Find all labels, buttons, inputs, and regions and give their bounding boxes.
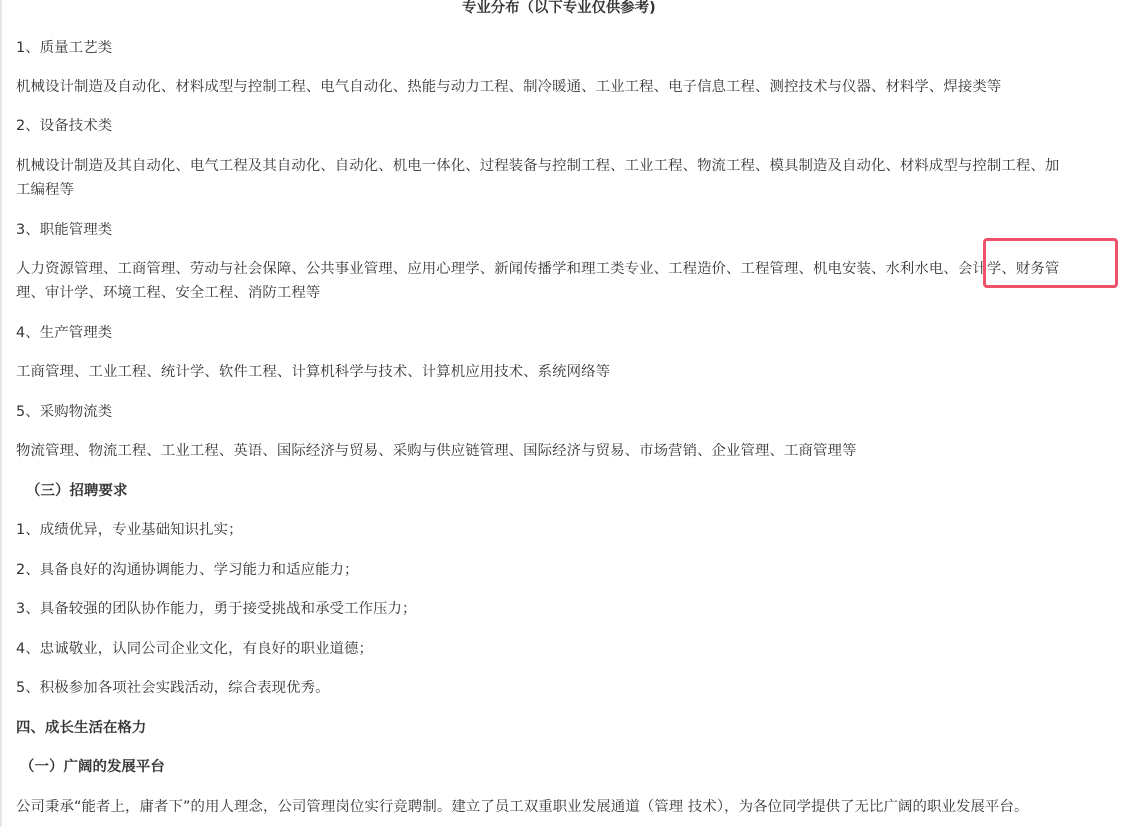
category-heading-equipment: 2、设备技术类 xyxy=(16,114,112,138)
category-majors-functional-line1: 人力资源管理、工商管理、劳动与社会保障、公共事业管理、应用心理学、新闻传播学和理… xyxy=(16,257,1059,281)
requirement-item: 2、具备良好的沟通协调能力、学习能力和适应能力； xyxy=(16,558,359,582)
requirement-item: 5、积极参加各项社会实践活动，综合表现优秀。 xyxy=(16,676,330,700)
highlight-box xyxy=(983,238,1118,288)
section4-paragraph: 公司秉承“能者上，庸者下”的用人理念，公司管理岗位实行竞聘制。建立了员工双重职业… xyxy=(16,795,1028,819)
category-heading-production: 4、生产管理类 xyxy=(16,321,112,345)
requirement-item: 3、具备较强的团队协作能力，勇于接受挑战和承受工作压力； xyxy=(16,597,417,621)
category-majors-equipment-line1: 机械设计制造及其自动化、电气工程及其自动化、自动化、机电一体化、过程装备与控制工… xyxy=(16,154,1059,178)
category-majors-functional-line2: 理、审计学、环境工程、安全工程、消防工程等 xyxy=(16,281,320,305)
category-heading-quality: 1、质量工艺类 xyxy=(16,36,112,60)
category-heading-procurement: 5、采购物流类 xyxy=(16,400,112,424)
category-majors-production: 工商管理、工业工程、统计学、软件工程、计算机科学与技术、计算机应用技术、系统网络… xyxy=(16,360,610,384)
category-majors-procurement: 物流管理、物流工程、工业工程、英语、国际经济与贸易、采购与供应链管理、国际经济与… xyxy=(16,439,856,463)
requirement-item: 4、忠诚敬业，认同公司企业文化，有良好的职业道德； xyxy=(16,637,373,661)
category-heading-functional: 3、职能管理类 xyxy=(16,218,112,242)
section4-heading: 四、成长生活在格力 xyxy=(16,716,146,740)
requirements-heading: （三）招聘要求 xyxy=(26,479,127,503)
category-majors-equipment-line2: 工编程等 xyxy=(16,178,74,202)
section-title: 专业分布（以下专业仅供参考) xyxy=(462,0,656,20)
left-border xyxy=(0,0,2,827)
category-majors-quality: 机械设计制造及自动化、材料成型与控制工程、电气自动化、热能与动力工程、制冷暖通、… xyxy=(16,75,1001,99)
requirement-item: 1、成绩优异，专业基础知识扎实； xyxy=(16,518,243,542)
section4-subheading: （一）广阔的发展平台 xyxy=(20,755,165,779)
